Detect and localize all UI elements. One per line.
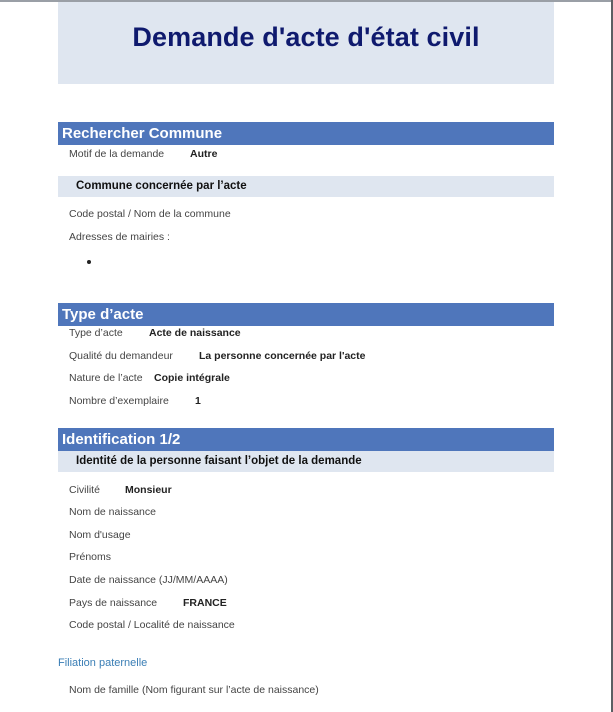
filiation-paternelle-heading: Filiation paternelle: [58, 656, 147, 670]
field-type-acte: Type d’acteActe de naissance: [69, 326, 241, 340]
subheader-commune-concernee: Commune concernée par l’acte: [58, 176, 554, 197]
field-label: Nom de famille (Nom figurant sur l’acte …: [69, 683, 319, 697]
field-label: Type d’acte: [69, 326, 149, 340]
section-header-identification: Identification 1/2: [58, 428, 554, 451]
document-title: Demande d'acte d'état civil: [132, 22, 479, 53]
field-label: Pays de naissance: [69, 596, 183, 610]
field-value: Autre: [190, 147, 217, 161]
field-nature-acte: Nature de l’acteCopie intégrale: [69, 371, 230, 385]
field-label: Nature de l’acte: [69, 371, 154, 385]
field-value: 1: [195, 394, 201, 408]
field-label: Date de naissance (JJ/MM/AAAA): [69, 573, 228, 587]
field-nombre-exemplaire: Nombre d’exemplaire1: [69, 394, 201, 408]
section-header-rechercher-commune: Rechercher Commune: [58, 122, 554, 145]
field-label: Code postal / Localité de naissance: [69, 618, 235, 632]
subheader-identite-personne: Identité de la personne faisant l’objet …: [58, 451, 554, 472]
field-value: Monsieur: [125, 483, 172, 497]
field-label: Civilité: [69, 483, 125, 497]
field-code-postal-localite-naissance: Code postal / Localité de naissance: [69, 618, 238, 632]
field-date-naissance: Date de naissance (JJ/MM/AAAA): [69, 573, 231, 587]
field-pays-naissance: Pays de naissanceFRANCE: [69, 596, 227, 610]
field-label: Nom de naissance: [69, 505, 156, 519]
field-label: Prénoms: [69, 550, 111, 564]
field-label: Nombre d’exemplaire: [69, 394, 195, 408]
field-prenoms: Prénoms: [69, 550, 114, 564]
field-label: Qualité du demandeur: [69, 349, 199, 363]
field-value: La personne concernée par l'acte: [199, 349, 365, 363]
field-motif-demande: Motif de la demandeAutre: [69, 147, 217, 161]
field-civilite: CivilitéMonsieur: [69, 483, 172, 497]
address-bullet-icon: [87, 260, 91, 264]
field-value: FRANCE: [183, 596, 227, 610]
field-label: Motif de la demande: [69, 147, 190, 161]
document-title-box: Demande d'acte d'état civil: [58, 2, 554, 84]
field-nom-naissance: Nom de naissance: [69, 505, 159, 519]
section-header-type-acte: Type d’acte: [58, 303, 554, 326]
field-label: Nom d'usage: [69, 528, 131, 542]
field-value: Copie intégrale: [154, 371, 230, 385]
field-qualite-demandeur: Qualité du demandeurLa personne concerné…: [69, 349, 365, 363]
field-value: Acte de naissance: [149, 326, 241, 340]
field-label: Adresses de mairies :: [69, 230, 170, 244]
field-adresses-mairies: Adresses de mairies :: [69, 230, 170, 244]
field-code-postal-commune: Code postal / Nom de la commune: [69, 207, 234, 221]
field-nom-usage: Nom d'usage: [69, 528, 133, 542]
field-nom-famille-pere: Nom de famille (Nom figurant sur l’acte …: [69, 683, 322, 697]
field-label: Code postal / Nom de la commune: [69, 207, 231, 221]
